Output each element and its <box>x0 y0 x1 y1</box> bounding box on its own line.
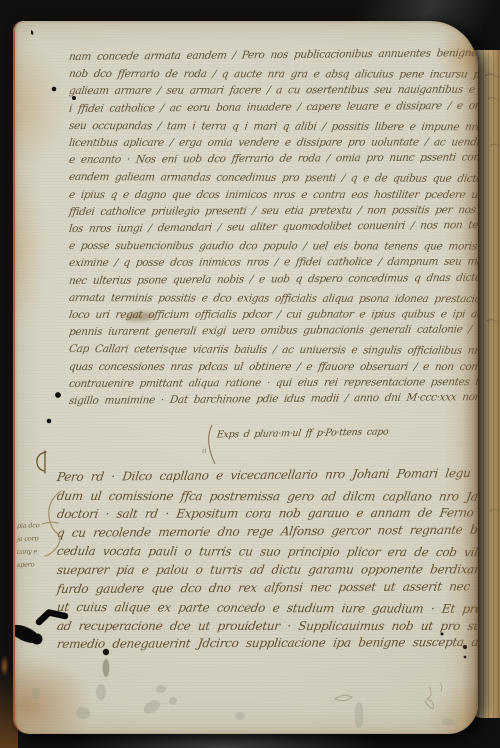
paragraph-2-line-6: sueparer pia e palou o turris ad dictu g… <box>56 563 478 576</box>
manuscript-page: nam concede armata eandem / Pero nos pub… <box>13 21 478 734</box>
paragraph-2-line-3: doctori · salt rd · Expositum cora nob g… <box>56 507 478 521</box>
paragraph-2-line-8: ut cuius alique ex parte concedo e studi… <box>56 601 478 615</box>
paragraph-1-line-11: los nros iungi / demandari / seu aliter … <box>68 219 478 234</box>
subscription-line: Exps d plura·m·ul ff p·Po·ttens capo <box>216 427 389 441</box>
paragraph-2-line-5: cedula vocata pauli o turris cu suo prin… <box>56 545 478 558</box>
paragraph-1-line-18: Cap Callari ceterisque vicariis baiulis … <box>68 344 478 357</box>
paragraph-1-line-2: nob dco fferrario de roda / q aucte nra … <box>68 69 478 80</box>
paragraph-1-line-7: e encanto · Nos eni uob dco fferrario de… <box>68 152 478 166</box>
paragraph-1-line-20: contrauenire pmittant aliqua ratione · q… <box>68 376 478 389</box>
paragraph-2-line-10: remedio denegauerint Jdcirco supplicacio… <box>56 636 478 651</box>
paragraph-1-line-8: eandem galieam armandas concedimus pro p… <box>68 172 478 185</box>
margin-note-line-3: cany e <box>17 548 37 555</box>
paragraph-1-line-1: nam concede armata eandem / Pero nos pub… <box>68 47 478 62</box>
paragraph-2-line-1: Pero rd · Dilco capllano e vicecancellar… <box>56 466 478 483</box>
paragraph-2-line-2: dum ul comissione ffca postremissa gero … <box>56 490 478 503</box>
binding-stain <box>0 655 9 677</box>
margin-note-line-2: ja corp <box>17 535 39 542</box>
paragraph-1-line-19: quas concessiones nras pdcas ul obtinere… <box>68 362 478 373</box>
paragraph-1-line-10: ffidei catholice priuilegio presenti / s… <box>68 204 478 217</box>
paragraph-2-line-9: ad recuperacione dce ut prouidetur · Sup… <box>56 620 478 632</box>
paragraph-1-line-3: galieam armare / seu armari facere / a c… <box>68 85 478 97</box>
paragraph-1-line-4: i ffidei catholice / ac eoru bona inuade… <box>68 99 478 114</box>
paragraph-1-line-9: e ipius q e dagno que dcos inimicos nros… <box>68 190 478 201</box>
paragraph-1-line-14: nec ulterius psone querela nobis / e uob… <box>68 272 478 286</box>
paragraph-1-line-15: armata terminis possitis e dco exigas of… <box>68 293 478 305</box>
paragraph-1-line-5: seu occupandas / tam i terra q i mari q … <box>68 121 478 133</box>
paragraph-1-line-12: e posse subuencionibus gaudio dco populo… <box>68 241 478 252</box>
manuscript-photo: nam concede armata eandem / Pero nos pub… <box>0 0 500 748</box>
faint-quire-mark: ii <box>202 447 206 455</box>
paragraph-1-line-17: pennis iurarent generali exigi uero omib… <box>68 324 478 338</box>
margin-note-line-1: pia dco <box>17 522 40 529</box>
paragraph-2-line-7: furdo gaudere que dco dno rex alfonsi ne… <box>56 579 478 594</box>
paragraph-1-line-6: licentibus aplicare / erga omia vendere … <box>68 137 478 148</box>
margin-note-line-4: spero <box>17 561 35 568</box>
paragraph-2-line-4: q cu recolende memorie dno rege Alfonso … <box>56 523 478 539</box>
paragraph-1-line-13: eximine / q posse dcos inimicos nros / e… <box>68 257 478 269</box>
paragraph-1-line-21: sigillo munimine · Dat barchinone pdie i… <box>68 392 478 407</box>
